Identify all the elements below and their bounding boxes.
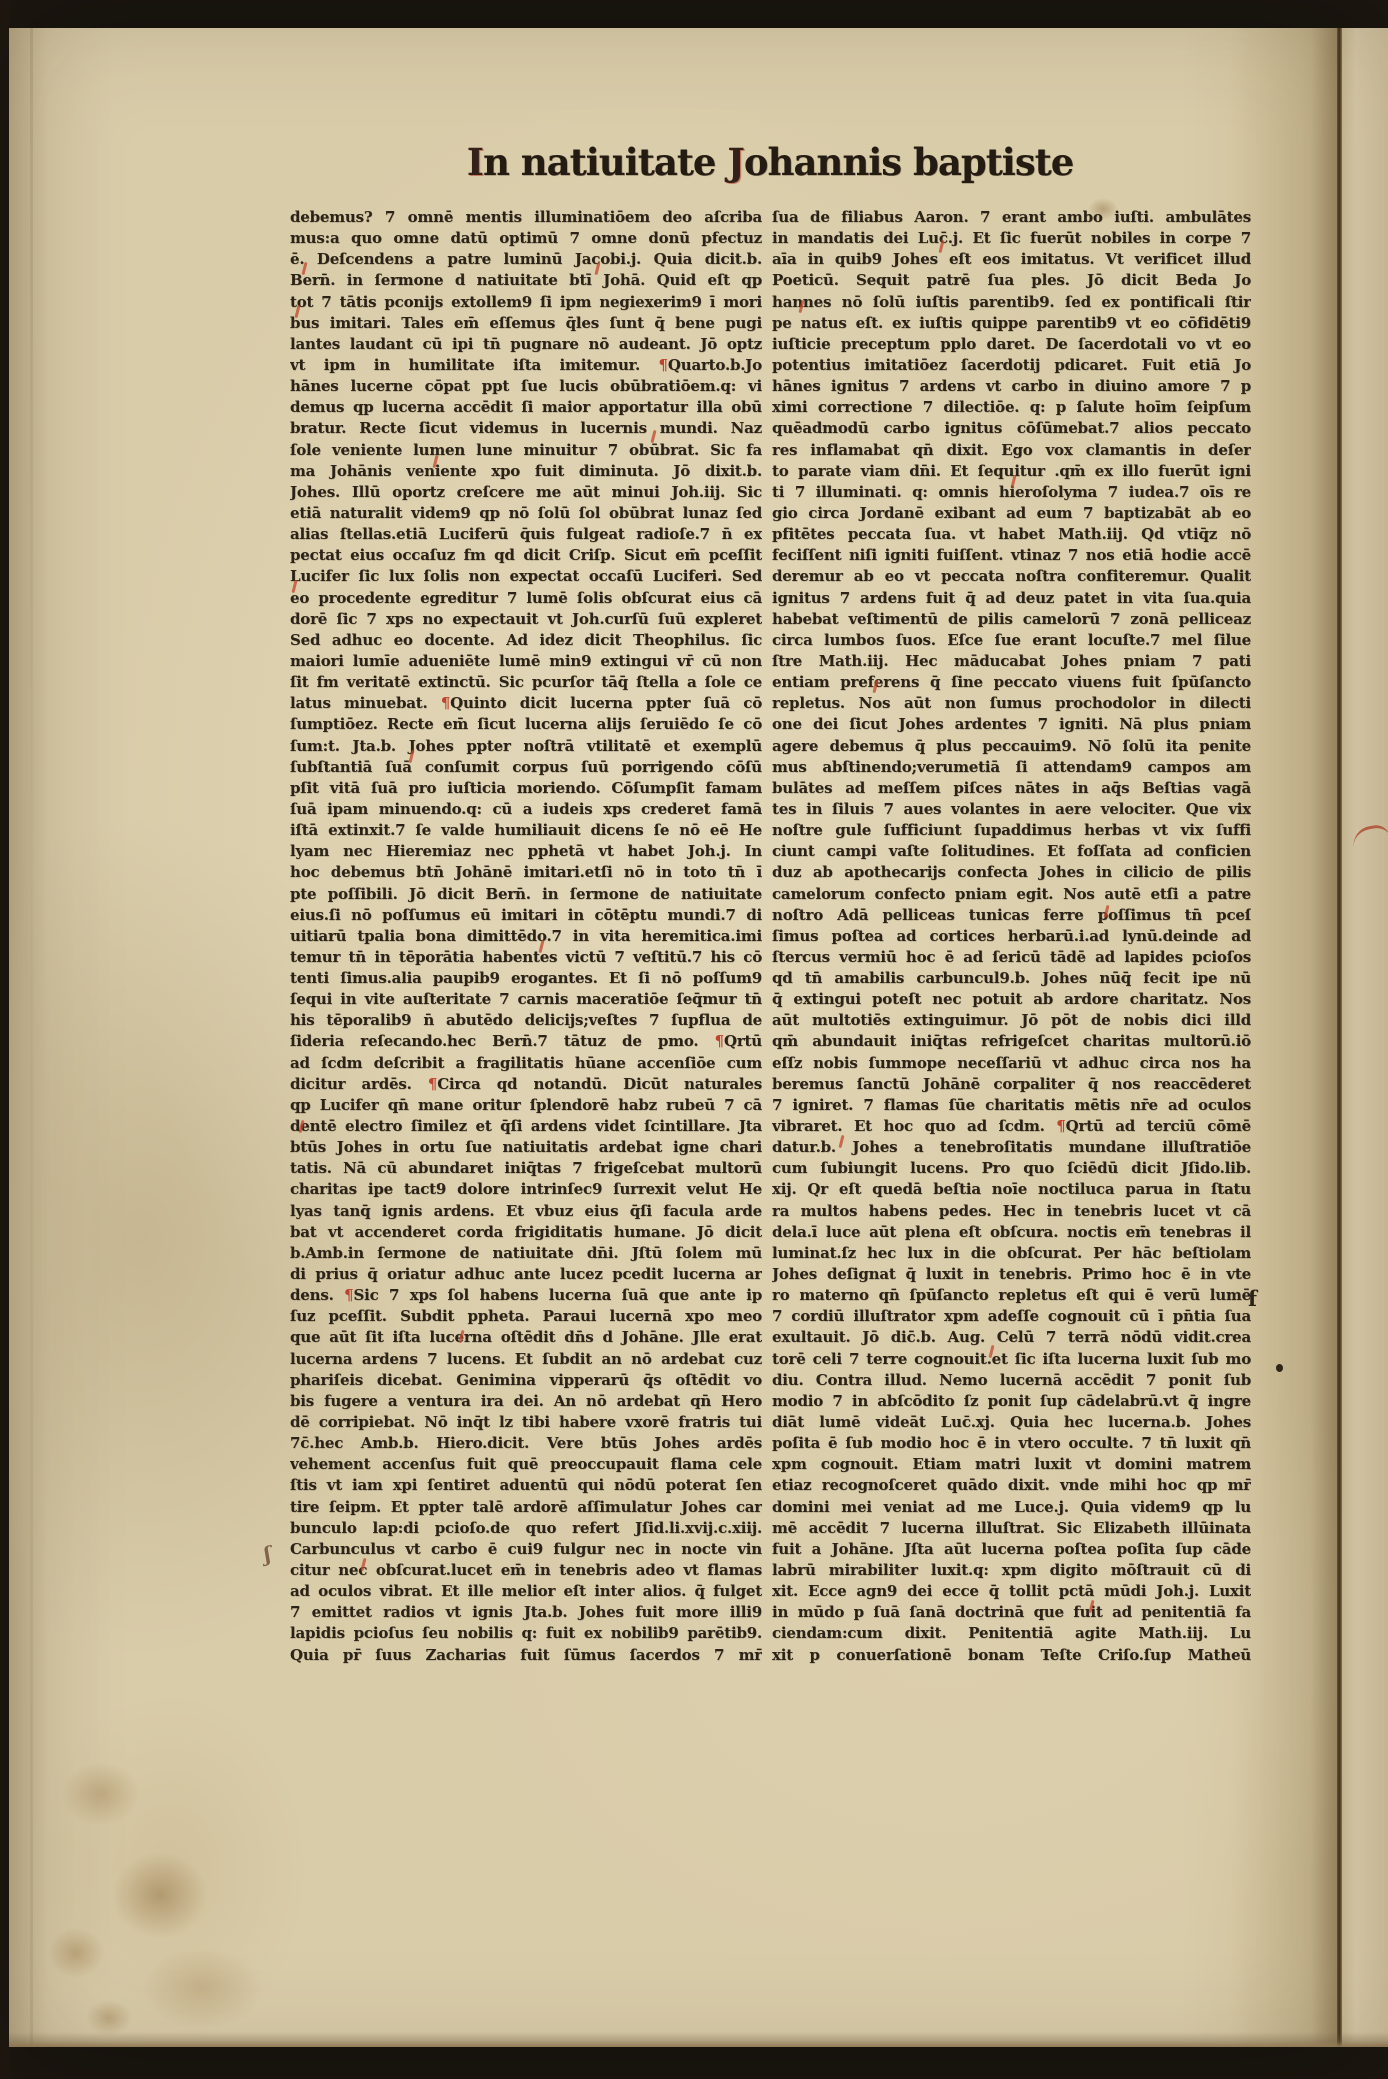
- text-line: datur.b. Johes a tenebroſitatis mundane …: [772, 1137, 1251, 1158]
- text-line: dicitur ardēs. ¶Circa qd notandū. Dicūt …: [290, 1074, 762, 1095]
- text-line: Quia pr̄ ſuus Zacharias fuit ſūmus ſacer…: [290, 1645, 762, 1666]
- text-line: btūs Johes in ortu ſue natiuitatis ardeb…: [290, 1137, 762, 1158]
- text-line: lyas tanq̄ ignis ardens. Et vbuz eius q̄…: [290, 1201, 762, 1222]
- text-line: ad oculos vibrat. Et ille melior eſt int…: [290, 1581, 762, 1602]
- text-line: potentius imitatiōez ſacerdotij pdicaret…: [772, 355, 1251, 376]
- text-line: quēadmodū carbo ignitus cōſūmebat.7 alio…: [772, 418, 1251, 439]
- text-line: xpm cognouit. Etiam matri luxit vt domin…: [772, 1454, 1251, 1475]
- text-line: ſole veniente lumen lune minuitur 7 obūb…: [290, 440, 762, 461]
- text-line: que aūt ſit iſta lucerna oſtēdit dn̄s d …: [290, 1327, 762, 1348]
- text-line: poſita ē ſub modio hoc ē in vtero occult…: [772, 1433, 1251, 1454]
- text-line: gio circa Jordanē exibant ad eum 7 bapti…: [772, 503, 1251, 524]
- text-line: in mūdo p ſuā ſanā doctrinā que fuit ad …: [772, 1602, 1251, 1623]
- scanned-book-photo: In natiuitate Johannis baptiste debemus?…: [0, 0, 1388, 2079]
- text-line: ad ſcdm deſcribit a fragilitatis hūane a…: [290, 1053, 762, 1074]
- text-line: demus qp lucerna accēdit ſi maior apport…: [290, 397, 762, 418]
- stain: [62, 1762, 140, 1826]
- text-line: Johes. Illū oportz creſcere me aūt minui…: [290, 482, 762, 503]
- text-line: hānes lucerne cōpat ppt ſue lucis obūbra…: [290, 376, 762, 397]
- ink-dot: [1276, 1364, 1283, 1372]
- text-line: Bern̄. in ſermone d natiuitate btī Johā.…: [290, 270, 762, 291]
- text-line: charitas ipe tact9 dolore intrinſec9 ſur…: [290, 1179, 762, 1200]
- text-line: etiaz recognoſceret quādo dixit. vnde mi…: [772, 1475, 1251, 1496]
- text-line: Poeticū. Sequit patrē ſua ples. Jō dicit…: [772, 270, 1251, 291]
- text-line: ē. Deſcendens a patre luminū Jacobi.j. Q…: [290, 249, 762, 270]
- text-line: ſtre Math.iij. Hec māducabat Johes pniam…: [772, 651, 1251, 672]
- text-line: ſit fm veritatē extinctū. Sic pcurſor tā…: [290, 672, 762, 693]
- text-line: Sed adhuc eo docente. Ad idez dicit Theo…: [290, 630, 762, 651]
- text-line: luminat.ſz hec lux in die obſcurat. Per …: [772, 1243, 1251, 1264]
- text-line: lucerna ardens 7 lucens. Et ſubdit an nō…: [290, 1349, 762, 1370]
- text-line: noſtro Adā pelliceas tunicas ferre poſſi…: [772, 905, 1251, 926]
- text-line: entiam preferens q̄ ſine peccato viuens …: [772, 672, 1251, 693]
- text-line: phariſeis dicebat. Genimina vipperarū q̄…: [290, 1370, 762, 1391]
- text-line: bat vt accenderet corda frigiditatis hum…: [290, 1222, 762, 1243]
- text-line: circa lumbos ſuos. Eſce ſue erant locuſt…: [772, 630, 1251, 651]
- text-line: vt ipm in humilitate iſta imitemur. ¶Qua…: [290, 355, 762, 376]
- page-edges: [0, 2032, 1388, 2047]
- text-line: iſtā extinxit.7 ſe valde humiliauit dice…: [290, 820, 762, 841]
- text-line: one dei ſicut Johes ardentes 7 igniti. N…: [772, 714, 1251, 735]
- text-line: dē corripiebat. Nō inq̄t lz tibi habere …: [290, 1412, 762, 1433]
- text-line: ſequi in vite auſteritate 7 carnis macer…: [290, 989, 762, 1010]
- marginal-letter: f: [1248, 1286, 1257, 1311]
- text-line: 7c̄.hec Amb.b. Hiero.dicit. Vere btūs Jo…: [290, 1433, 762, 1454]
- text-line: feciſſent niſi igniti fuiſſent. vtinaz 7…: [772, 545, 1251, 566]
- text-line: lapidis pcioſus ſeu nobilis q: fuit ex n…: [290, 1623, 762, 1644]
- text-line: ciendam:cum dixit. Penitentiā agite Math…: [772, 1623, 1251, 1644]
- text-line: eo procedente egreditur 7 lumē ſolis obſ…: [290, 588, 762, 609]
- text-line: mus:a quo omne datū optimū 7 omne donū p…: [290, 228, 762, 249]
- text-line: ſuā ipam minuendo.q: cū a iudeis xps cre…: [290, 799, 762, 820]
- text-line: ximi correctione 7 dilectiōe. q: p ſalut…: [772, 397, 1251, 418]
- photo-border-left: [0, 0, 9, 2079]
- text-line: res inflamabat qn̄ dixit. Ego vox claman…: [772, 440, 1251, 461]
- photo-border-top: [0, 0, 1388, 28]
- text-line: latus minuebat. ¶Quinto dicit lucerna pp…: [290, 693, 762, 714]
- text-line: noſtre gule ſufficiunt ſupaddimus herbas…: [772, 820, 1251, 841]
- text-line: qp Lucifer qn̄ mane oritur ſplendorē hab…: [290, 1095, 762, 1116]
- text-line: diāt lumē videāt Luc̄.xj. Quia hec lucer…: [772, 1412, 1251, 1433]
- text-line: deremur ab eo vt peccata noſtra confiter…: [772, 566, 1251, 587]
- text-line: bunculo lap:di pcioſo.de quo refert Jſid…: [290, 1518, 762, 1539]
- text-line: modio 7 in abſcōdito ſz ponit ſup cādela…: [772, 1391, 1251, 1412]
- stain: [86, 2000, 132, 2036]
- text-line: mus abſtinendo;verumetiā ſi attendam9 ca…: [772, 757, 1251, 778]
- page-crease: [30, 26, 33, 2048]
- text-line: duz ab apothecarijs confecta Johes in ci…: [772, 862, 1251, 883]
- text-line: pe natus eſt. ex iuſtis quippe parentib9…: [772, 313, 1251, 334]
- text-line: qd tn̄ amabilis carbuncul9.b. Johes nūq̄…: [772, 968, 1251, 989]
- text-line: ſubſtantiā ſuā conſumit corpus ſuū porri…: [290, 757, 762, 778]
- text-line: ſtercus vermiū hoc ē ad ſericū tādē ad l…: [772, 947, 1251, 968]
- text-line: lantes laudant cū ipi tn̄ pugnare nō aud…: [290, 334, 762, 355]
- text-line: tot 7 tātis pconijs extollem9 ſi ipm neg…: [290, 292, 762, 313]
- text-line: camelorum confecto pniam egit. Nos autē …: [772, 884, 1251, 905]
- text-line: pectat eius occaſuz fm qd dicit Criſp. S…: [290, 545, 762, 566]
- text-line: q̄ extingui poteſt nec potuit ab ardore …: [772, 989, 1251, 1010]
- text-line: Johes deſignat q̄ luxit in tenebris. Pri…: [772, 1264, 1251, 1285]
- stain: [112, 1852, 208, 1938]
- text-line: di prius q̄ oriatur adhuc ante lucez pce…: [290, 1264, 762, 1285]
- text-line: cum ſubiungit lucens. Pro quo ſciēdū dic…: [772, 1158, 1251, 1179]
- text-line: domini mei veniat ad me Luce.j. Quia vid…: [772, 1497, 1251, 1518]
- text-line: dorē ſic 7 xps no expectauit vt Joh.curſ…: [290, 609, 762, 630]
- text-line: uitiarū tpalia bona dimittēdo.7 in vita …: [290, 926, 762, 947]
- text-line: debemus? 7 omnē mentis illuminatiōem deo…: [290, 207, 762, 228]
- text-line: bratur. Recte ſicut videmus in lucernis …: [290, 418, 762, 439]
- text-line: hoc debemus btn̄ Johānē imitari.etſi nō …: [290, 862, 762, 883]
- text-line: labrū mirabiliter luxit.q: xpm digito mō…: [772, 1560, 1251, 1581]
- text-line: Carbunculus vt carbo ē cui9 fulgur nec i…: [290, 1539, 762, 1560]
- text-line: ro materno qn̄ ſpūſancto repletus eſt qu…: [772, 1285, 1251, 1306]
- text-line: xij. Qr eſt quedā beſtia noīe noctiluca …: [772, 1179, 1251, 1200]
- page-title: In natiuitate Johannis baptiste: [250, 140, 1290, 194]
- text-line: hannes nō ſolū iuſtis parentib9. ſed ex …: [772, 292, 1251, 313]
- stain: [48, 1928, 104, 1978]
- text-line: eſſz nobis ſummope neceſſariū vt adhuc c…: [772, 1053, 1251, 1074]
- text-line: eius.ſi nō poſſumus eū imitari in cōtēpt…: [290, 905, 762, 926]
- text-line: his tēporalib9 n̄ abutēdo delicijs;veſte…: [290, 1010, 762, 1031]
- text-line: diu. Contra illud. Nemo lucernā accēdit …: [772, 1370, 1251, 1391]
- text-line: etiā naturalit videm9 qp nō ſolū ſol obū…: [290, 503, 762, 524]
- facing-page-edge: [1342, 0, 1388, 2079]
- text-line: fuit a Johāne. Jſta aūt lucerna poſtea p…: [772, 1539, 1251, 1560]
- text-line: habebat veſtimentū de pilis camelorū 7 z…: [772, 609, 1251, 630]
- text-line: ſtis vt iam xpi ſentiret aduentū qui nōd…: [290, 1475, 762, 1496]
- text-line: tes in ſiluis 7 aues volantes in aere ve…: [772, 799, 1251, 820]
- text-line: alias ſtellas.etiā Luciferū q̄uis fulgea…: [290, 524, 762, 545]
- text-line: hānes ignitus 7 ardens vt carbo in diuin…: [772, 376, 1251, 397]
- text-line: ra multos habens pedes. Hec in tenebris …: [772, 1201, 1251, 1222]
- text-line: ma Johānis veniente xpo fuit diminuta. J…: [290, 461, 762, 482]
- text-line: qm̄ abundauit iniq̄tas refrigeſcet chari…: [772, 1031, 1251, 1052]
- text-line: aīa in quib9 Johes eſt eos imitatus. Vt …: [772, 249, 1251, 270]
- text-line: xit p conuerſationē bonam Teſte Criſo.ſu…: [772, 1645, 1251, 1666]
- text-column-right: ſua de filiabus Aaron. 7 erant ambo iuſt…: [772, 207, 1251, 1666]
- text-line: torē celi 7 terre cognouit.et ſic iſta l…: [772, 1349, 1251, 1370]
- text-line: dens. ¶Sic 7 xps ſol habens lucerna ſuā …: [290, 1285, 762, 1306]
- text-line: vehement accenſus fuit quē preoccupauit …: [290, 1454, 762, 1475]
- text-line: tire ſeipm. Et ppter talē ardorē aſſimul…: [290, 1497, 762, 1518]
- text-line: ciunt campi vaſte ſolitudines. Et foſſat…: [772, 841, 1251, 862]
- text-line: aūt multotiēs extinguimur. Jō pōt de nob…: [772, 1010, 1251, 1031]
- text-line: maiori lumīe adueniēte lumē min9 extingu…: [290, 651, 762, 672]
- text-line: bus imitari. Tales em̄ eſſemus q̄les ſun…: [290, 313, 762, 334]
- text-line: ſideria reſecando.hec Bern̄.7 tātuz de p…: [290, 1031, 762, 1052]
- text-line: dentē electro ſimilez et q̄ſi ardens vid…: [290, 1116, 762, 1137]
- text-line: pſit vitā ſuā pro iuſticia moriendo. Cōſ…: [290, 778, 762, 799]
- text-line: beremus ſanctū Johānē corpaliter q̄ nos …: [772, 1074, 1251, 1095]
- text-line: temur tn̄ in tēporātia habentes victū 7 …: [290, 947, 762, 968]
- text-line: tatis. Nā cū abundaret iniq̄tas 7 frigeſ…: [290, 1158, 762, 1179]
- text-line: agere debemus q̄ plus peccauim9. Nō ſolū…: [772, 736, 1251, 757]
- text-line: b.Amb.in ſermone de natiuitate dn̄i. Jſt…: [290, 1243, 762, 1264]
- text-line: ſuz pceſſit. Subdit ppheta. Paraui lucer…: [290, 1306, 762, 1327]
- text-line: Lucifer ſic lux ſolis non expectat occaſ…: [290, 566, 762, 587]
- text-line: 7 emittet radios vt ignis Jta.b. Johes f…: [290, 1602, 762, 1623]
- text-line: pte poſſibili. Jō dicit Bern̄. in ſermon…: [290, 884, 762, 905]
- text-line: repletus. Nos aūt non ſumus prochodolor …: [772, 693, 1251, 714]
- text-line: ſumptiōez. Recte em̄ ſicut lucerna alijs…: [290, 714, 762, 735]
- stain: [142, 1948, 262, 2028]
- text-line: xit. Ecce agn9 dei ecce q̄ tollit pctā m…: [772, 1581, 1251, 1602]
- text-line: iuſticie preceptum pplo daret. De ſacerd…: [772, 334, 1251, 355]
- text-line: mē accēdit 7 lucerna illuſtrat. Sic Eliz…: [772, 1518, 1251, 1539]
- text-line: bulātes ad meſſem piſces nātes in aq̄s B…: [772, 778, 1251, 799]
- text-line: vibraret. Et hoc quo ad ſcdm. ¶Qrtū ad t…: [772, 1116, 1251, 1137]
- text-line: ignitus 7 ardens fuit q̄ ad deuz patet i…: [772, 588, 1251, 609]
- text-line: 7 igniret. 7 flamas ſūe charitatis mētis…: [772, 1095, 1251, 1116]
- text-line: bis fugere a ventura ira dei. An nō arde…: [290, 1391, 762, 1412]
- text-line: 7 cordiū illuſtrator xpm adeſſe cognouit…: [772, 1306, 1251, 1327]
- text-line: lyam nec Hieremiaz nec pphetā vt habet J…: [290, 841, 762, 862]
- text-line: dela.ī luce aūt plena eſt obſcura. nocti…: [772, 1222, 1251, 1243]
- text-column-left: debemus? 7 omnē mentis illuminatiōem deo…: [290, 207, 762, 1666]
- text-line: in mandatis dei Luc̄.j. Et ſic fuerūt no…: [772, 228, 1251, 249]
- text-line: tenti ſimus.alia paupib9 erogantes. Et ſ…: [290, 968, 762, 989]
- text-line: ſum:t. Jta.b. Johes ppter noſtrā vtilita…: [290, 736, 762, 757]
- text-line: ſua de filiabus Aaron. 7 erant ambo iuſt…: [772, 207, 1251, 228]
- photo-border-bottom: [0, 2047, 1388, 2079]
- text-line: ſimus poſtea ad cortices herbarū.i.ad ly…: [772, 926, 1251, 947]
- text-line: pfitētes peccata ſua. vt habet Math.iij.…: [772, 524, 1251, 545]
- text-line: exultauit. Jō dic̄.b. Aug. Celū 7 terrā …: [772, 1327, 1251, 1348]
